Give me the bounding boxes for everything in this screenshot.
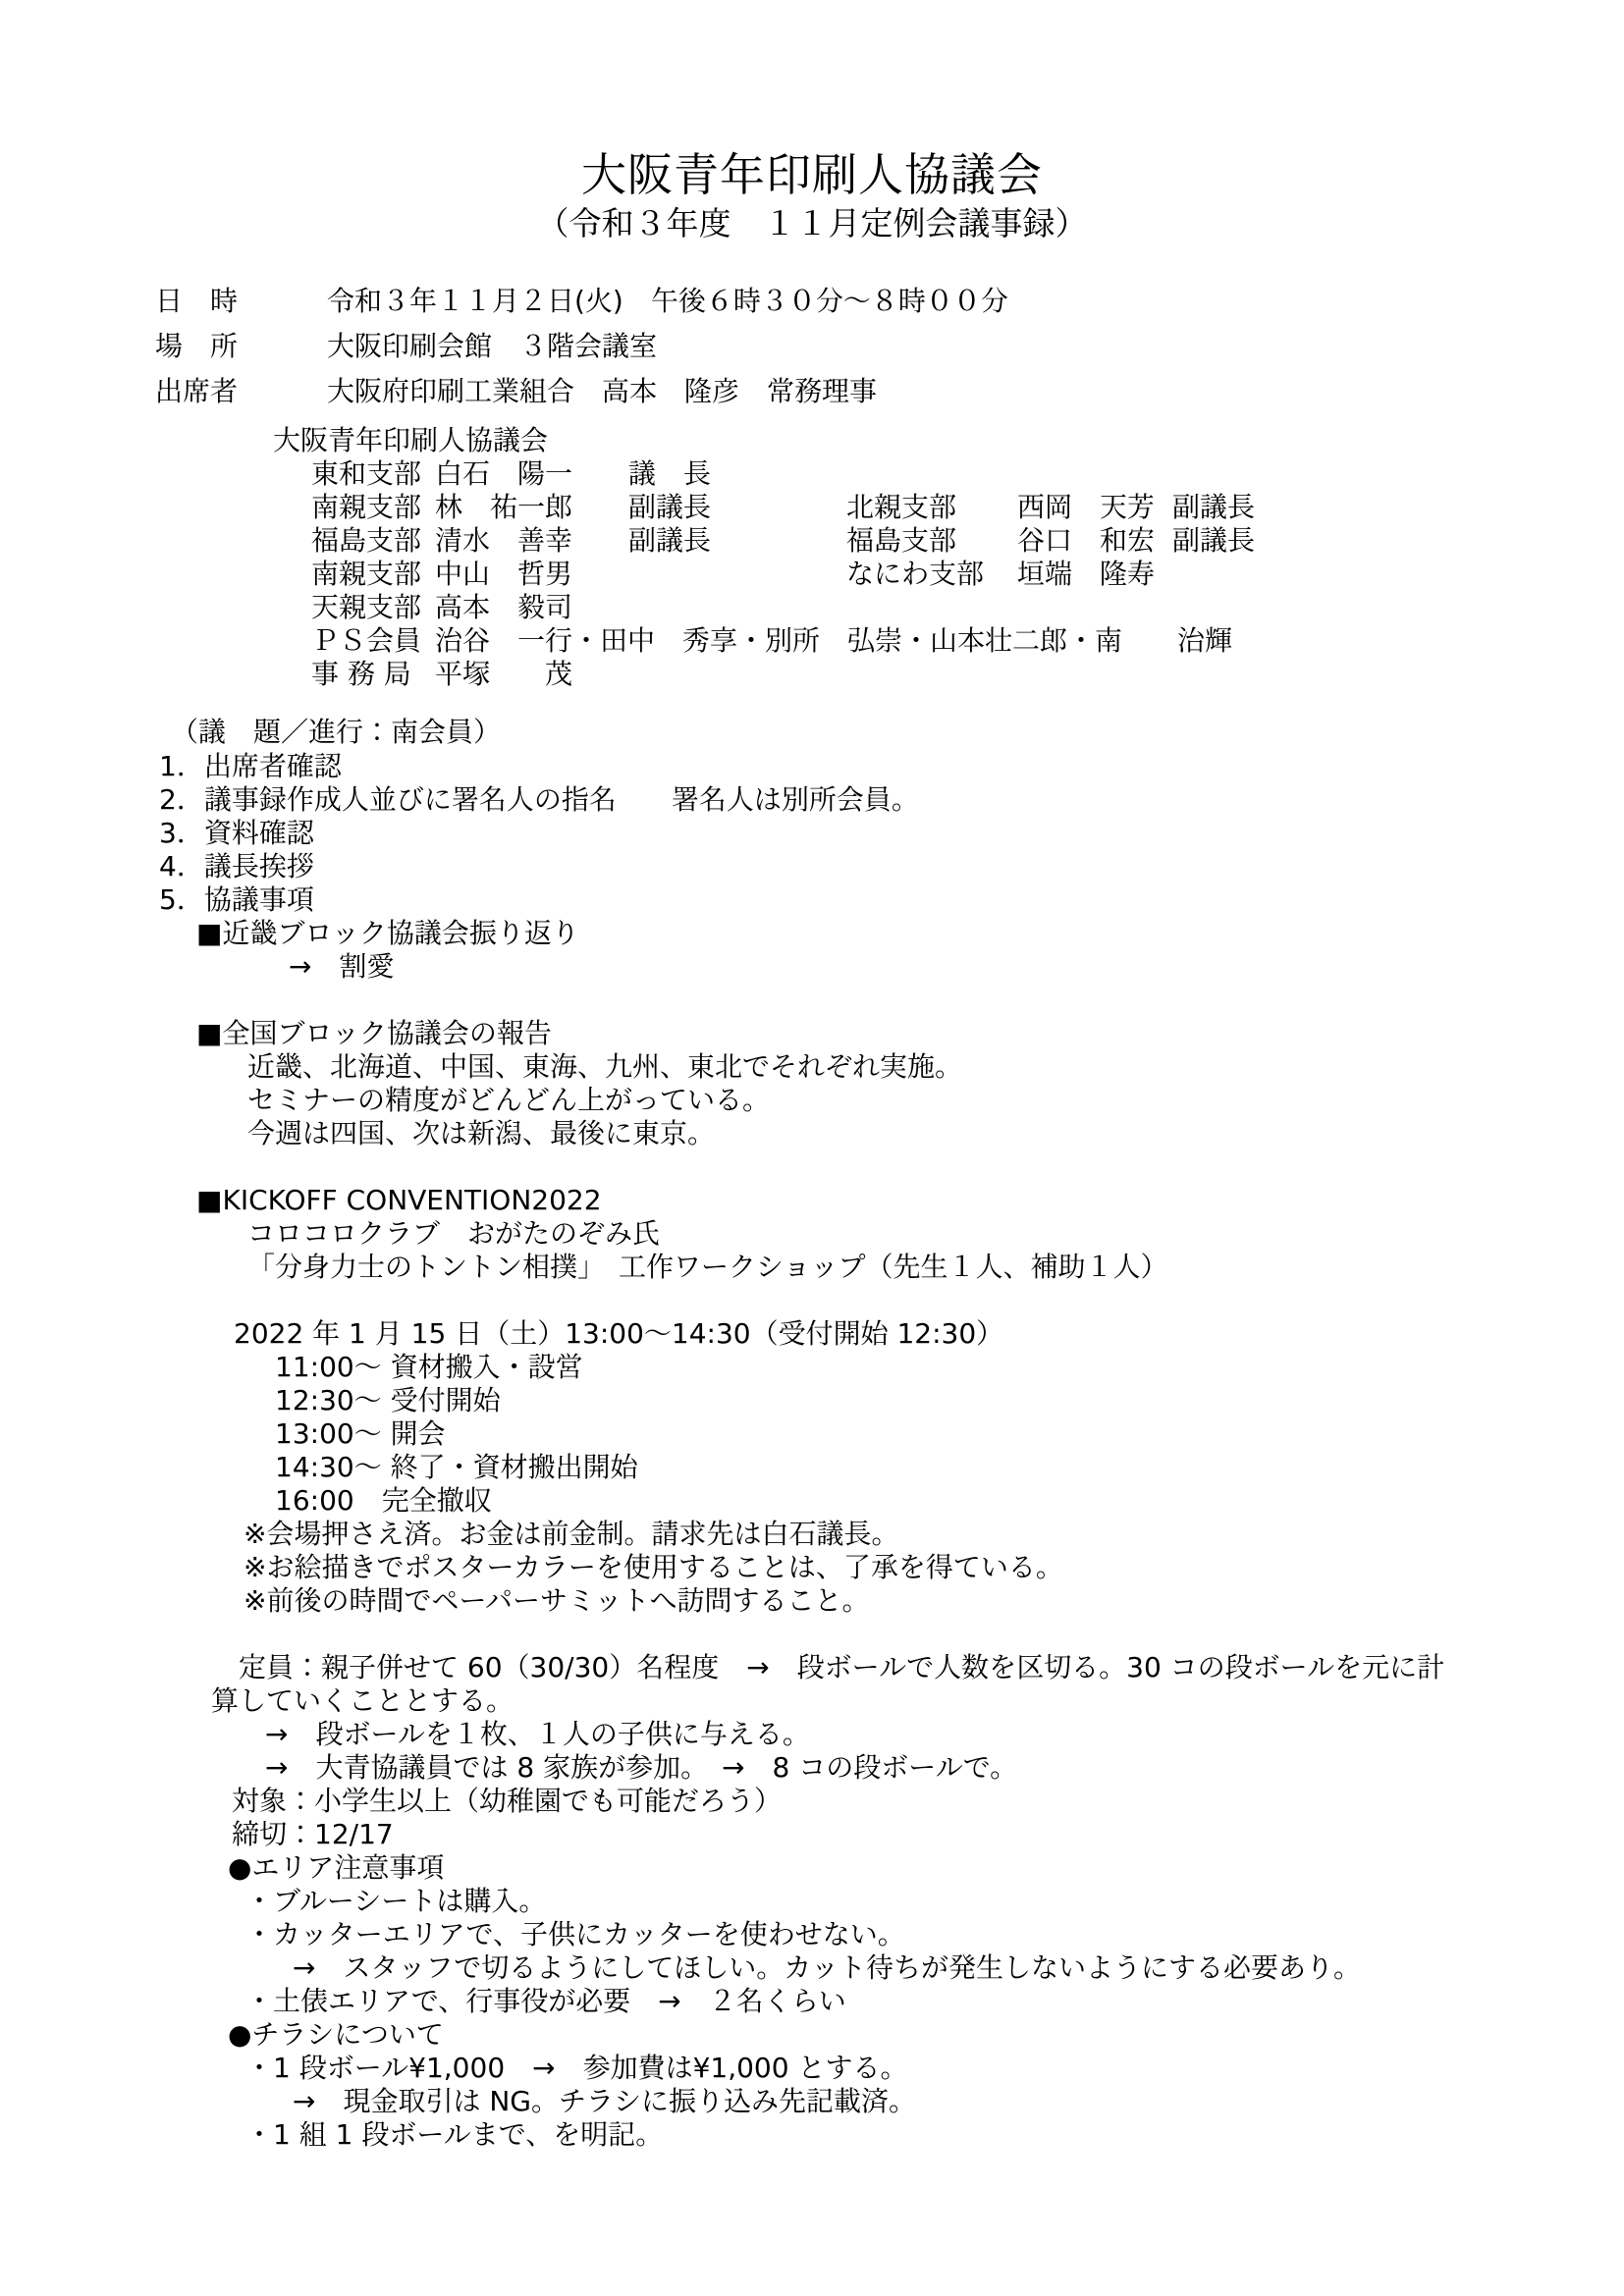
schedule-time: 13:00～ 開会 — [0, 1417, 1624, 1451]
flyer-heading: ●チラシについて — [0, 2018, 1624, 2052]
attendee-row: 天親支部 高本 毅司 — [0, 591, 1624, 624]
meta-label: 日 時 — [155, 285, 265, 318]
arrow-note: → 割愛 — [0, 950, 1624, 984]
schedule-time: 14:30～ 終了・資材搬出開始 — [0, 1451, 1624, 1484]
schedule-note: ※会場押さえ済。お金は前金制。請求先は白石議長。 — [0, 1518, 1624, 1551]
arrow-note: → 現金取引は NG。チラシに振り込み先記載済。 — [0, 2085, 1624, 2118]
role-cell — [628, 558, 846, 591]
document-page: 大阪青年印刷人協議会 （令和３年度 １１月定例会議事録） 日 時 令和３年１１月… — [0, 0, 1624, 2296]
role-cell: 副議長 — [1172, 491, 1255, 524]
deadline-line: 締切：12/17 — [0, 1818, 1624, 1851]
role-cell: 議 長 — [628, 457, 846, 491]
area-heading: ●エリア注意事項 — [0, 1851, 1624, 1885]
attendee-row-ps: ＰＳ会員 治谷 一行・田中 秀享・別所 弘崇・山本壮二郎・南 治輝 — [0, 624, 1624, 658]
agenda-heading: （議 題／進行：南会員） — [0, 715, 1624, 750]
section-title-zenkoku: ■全国ブロック協議会の報告 — [0, 1017, 1624, 1050]
branch-cell — [846, 457, 1017, 491]
kickoff-presenter: コロコロクラブ おがたのぞみ氏 — [0, 1217, 1624, 1251]
attendees-org: 大阪青年印刷人協議会 — [0, 424, 1624, 457]
branch-cell: なにわ支部 — [846, 558, 1017, 591]
name-cell: 中山 哲男 — [435, 558, 628, 591]
capacity-paragraph: 定員：親子併せて 60（30/30）名程度 → 段ボールで人数を区切る。30 コ… — [0, 1651, 1468, 1718]
meta-label: 出席者 — [155, 375, 265, 408]
role-cell: 副議長 — [628, 491, 846, 524]
arrow-note: → 段ボールを１枚、１人の子供に与える。 — [0, 1718, 1624, 1751]
spacer — [0, 984, 1624, 1017]
attendees-section: 大阪青年印刷人協議会 東和支部 白石 陽一 議 長 南親支部 林 祐一郎 副議長… — [0, 424, 1624, 691]
role-cell — [628, 591, 846, 624]
meta-value: 大阪印刷会館 ３階会議室 — [327, 330, 657, 363]
spacer — [0, 1150, 1624, 1184]
agenda-item: 3．資料確認 — [0, 817, 1624, 850]
name-cell — [1017, 591, 1172, 624]
agenda-item: 1．出席者確認 — [0, 750, 1624, 783]
branch-cell: 福島支部 — [846, 524, 1017, 558]
branch-cell: ＰＳ会員 — [311, 624, 435, 658]
name-cell — [1017, 457, 1172, 491]
attendee-row: 南親支部 中山 哲男 なにわ支部 垣端 隆寿 — [0, 558, 1624, 591]
agenda-section: （議 題／進行：南会員） 1．出席者確認 2．議事録作成人並びに署名人の指名 署… — [0, 715, 1624, 917]
meta-label: 場 所 — [155, 330, 265, 363]
area-item: ・土俵エリアで、行事役が必要 → ２名くらい — [0, 1985, 1624, 2018]
name-cell: 垣端 隆寿 — [1017, 558, 1172, 591]
agenda-item: 4．議長挨拶 — [0, 850, 1624, 883]
schedule-note: ※お絵描きでポスターカラーを使用することは、了承を得ている。 — [0, 1551, 1624, 1584]
branch-cell: 東和支部 — [311, 457, 435, 491]
section-title-kickoff: ■KICKOFF CONVENTION2022 — [0, 1184, 1624, 1217]
name-cell: 平塚 茂 — [435, 658, 1624, 691]
meta-section: 日 時 令和３年１１月２日(火) 午後６時３０分～８時００分 場 所 大阪印刷会… — [0, 285, 1624, 408]
branch-cell: 北親支部 — [846, 491, 1017, 524]
schedule-time: 16:00 完全撤収 — [0, 1484, 1624, 1518]
schedule-note: ※前後の時間でペーパーサミットへ訪問すること。 — [0, 1584, 1624, 1618]
meta-row-attendee: 出席者 大阪府印刷工業組合 高本 隆彦 常務理事 — [0, 375, 1624, 408]
branch-cell: 天親支部 — [311, 591, 435, 624]
agenda-item: 5．協議事項 — [0, 883, 1624, 917]
discussion-body: ■近畿ブロック協議会振り返り → 割愛 ■全国ブロック協議会の報告 近畿、北海道… — [0, 917, 1624, 2152]
branch-cell — [846, 591, 1017, 624]
section-line: 今週は四国、次は新潟、最後に東京。 — [0, 1117, 1624, 1150]
flyer-item: ・1 段ボール¥1,000 → 参加費は¥1,000 とする。 — [0, 2052, 1624, 2085]
schedule-time: 11:00～ 資材搬入・設営 — [0, 1351, 1624, 1384]
area-item: ・ブルーシートは購入。 — [0, 1885, 1624, 1918]
arrow-note: → 大青協議員では 8 家族が参加。 → 8 コの段ボールで。 — [0, 1751, 1624, 1785]
branch-cell: 南親支部 — [311, 558, 435, 591]
name-cell: 白石 陽一 — [435, 457, 628, 491]
schedule-date: 2022 年 1 月 15 日（土）13:00～14:30（受付開始 12:30… — [0, 1317, 1624, 1351]
name-cell: 清水 善幸 — [435, 524, 628, 558]
attendee-row: 東和支部 白石 陽一 議 長 — [0, 457, 1624, 491]
doc-subtitle: （令和３年度 １１月定例会議事録） — [0, 202, 1624, 245]
name-cell: 西岡 天芳 — [1017, 491, 1172, 524]
meta-value: 大阪府印刷工業組合 高本 隆彦 常務理事 — [327, 375, 877, 408]
meta-row-place: 場 所 大阪印刷会館 ３階会議室 — [0, 330, 1624, 363]
branch-cell: 南親支部 — [311, 491, 435, 524]
name-cell: 谷口 和宏 — [1017, 524, 1172, 558]
area-item: ・カッターエリアで、子供にカッターを使わせない。 — [0, 1918, 1624, 1951]
attendee-row: 南親支部 林 祐一郎 副議長 北親支部 西岡 天芳 副議長 — [0, 491, 1624, 524]
name-cell: 治谷 一行・田中 秀享・別所 弘崇・山本壮二郎・南 治輝 — [435, 624, 1624, 658]
branch-cell: 事 務 局 — [311, 658, 435, 691]
role-cell: 副議長 — [628, 524, 846, 558]
arrow-note: → スタッフで切るようにしてほしい。カット待ちが発生しないようにする必要あり。 — [0, 1951, 1624, 1985]
branch-cell: 福島支部 — [311, 524, 435, 558]
section-line: セミナーの精度がどんどん上がっている。 — [0, 1084, 1624, 1117]
schedule-time: 12:30～ 受付開始 — [0, 1384, 1624, 1417]
meta-row-datetime: 日 時 令和３年１１月２日(火) 午後６時３０分～８時００分 — [0, 285, 1624, 318]
doc-title: 大阪青年印刷人協議会 — [0, 147, 1624, 202]
agenda-item: 2．議事録作成人並びに署名人の指名 署名人は別所会員。 — [0, 783, 1624, 817]
meta-value: 令和３年１１月２日(火) 午後６時３０分～８時００分 — [327, 285, 1008, 318]
role-cell: 副議長 — [1172, 524, 1255, 558]
name-cell: 高本 毅司 — [435, 591, 628, 624]
section-title-kinki: ■近畿ブロック協議会振り返り — [0, 917, 1624, 950]
section-line: 近畿、北海道、中国、東海、九州、東北でそれぞれ実施。 — [0, 1050, 1624, 1084]
name-cell: 林 祐一郎 — [435, 491, 628, 524]
target-line: 対象：小学生以上（幼稚園でも可能だろう） — [0, 1785, 1624, 1818]
kickoff-workshop: 「分身力士のトントン相撲」 工作ワークショップ（先生１人、補助１人） — [0, 1251, 1624, 1284]
attendee-row-office: 事 務 局 平塚 茂 — [0, 658, 1624, 691]
spacer — [0, 1618, 1624, 1651]
flyer-item: ・1 組 1 段ボールまで、を明記。 — [0, 2118, 1624, 2152]
spacer — [0, 1284, 1624, 1317]
attendee-row: 福島支部 清水 善幸 副議長 福島支部 谷口 和宏 副議長 — [0, 524, 1624, 558]
